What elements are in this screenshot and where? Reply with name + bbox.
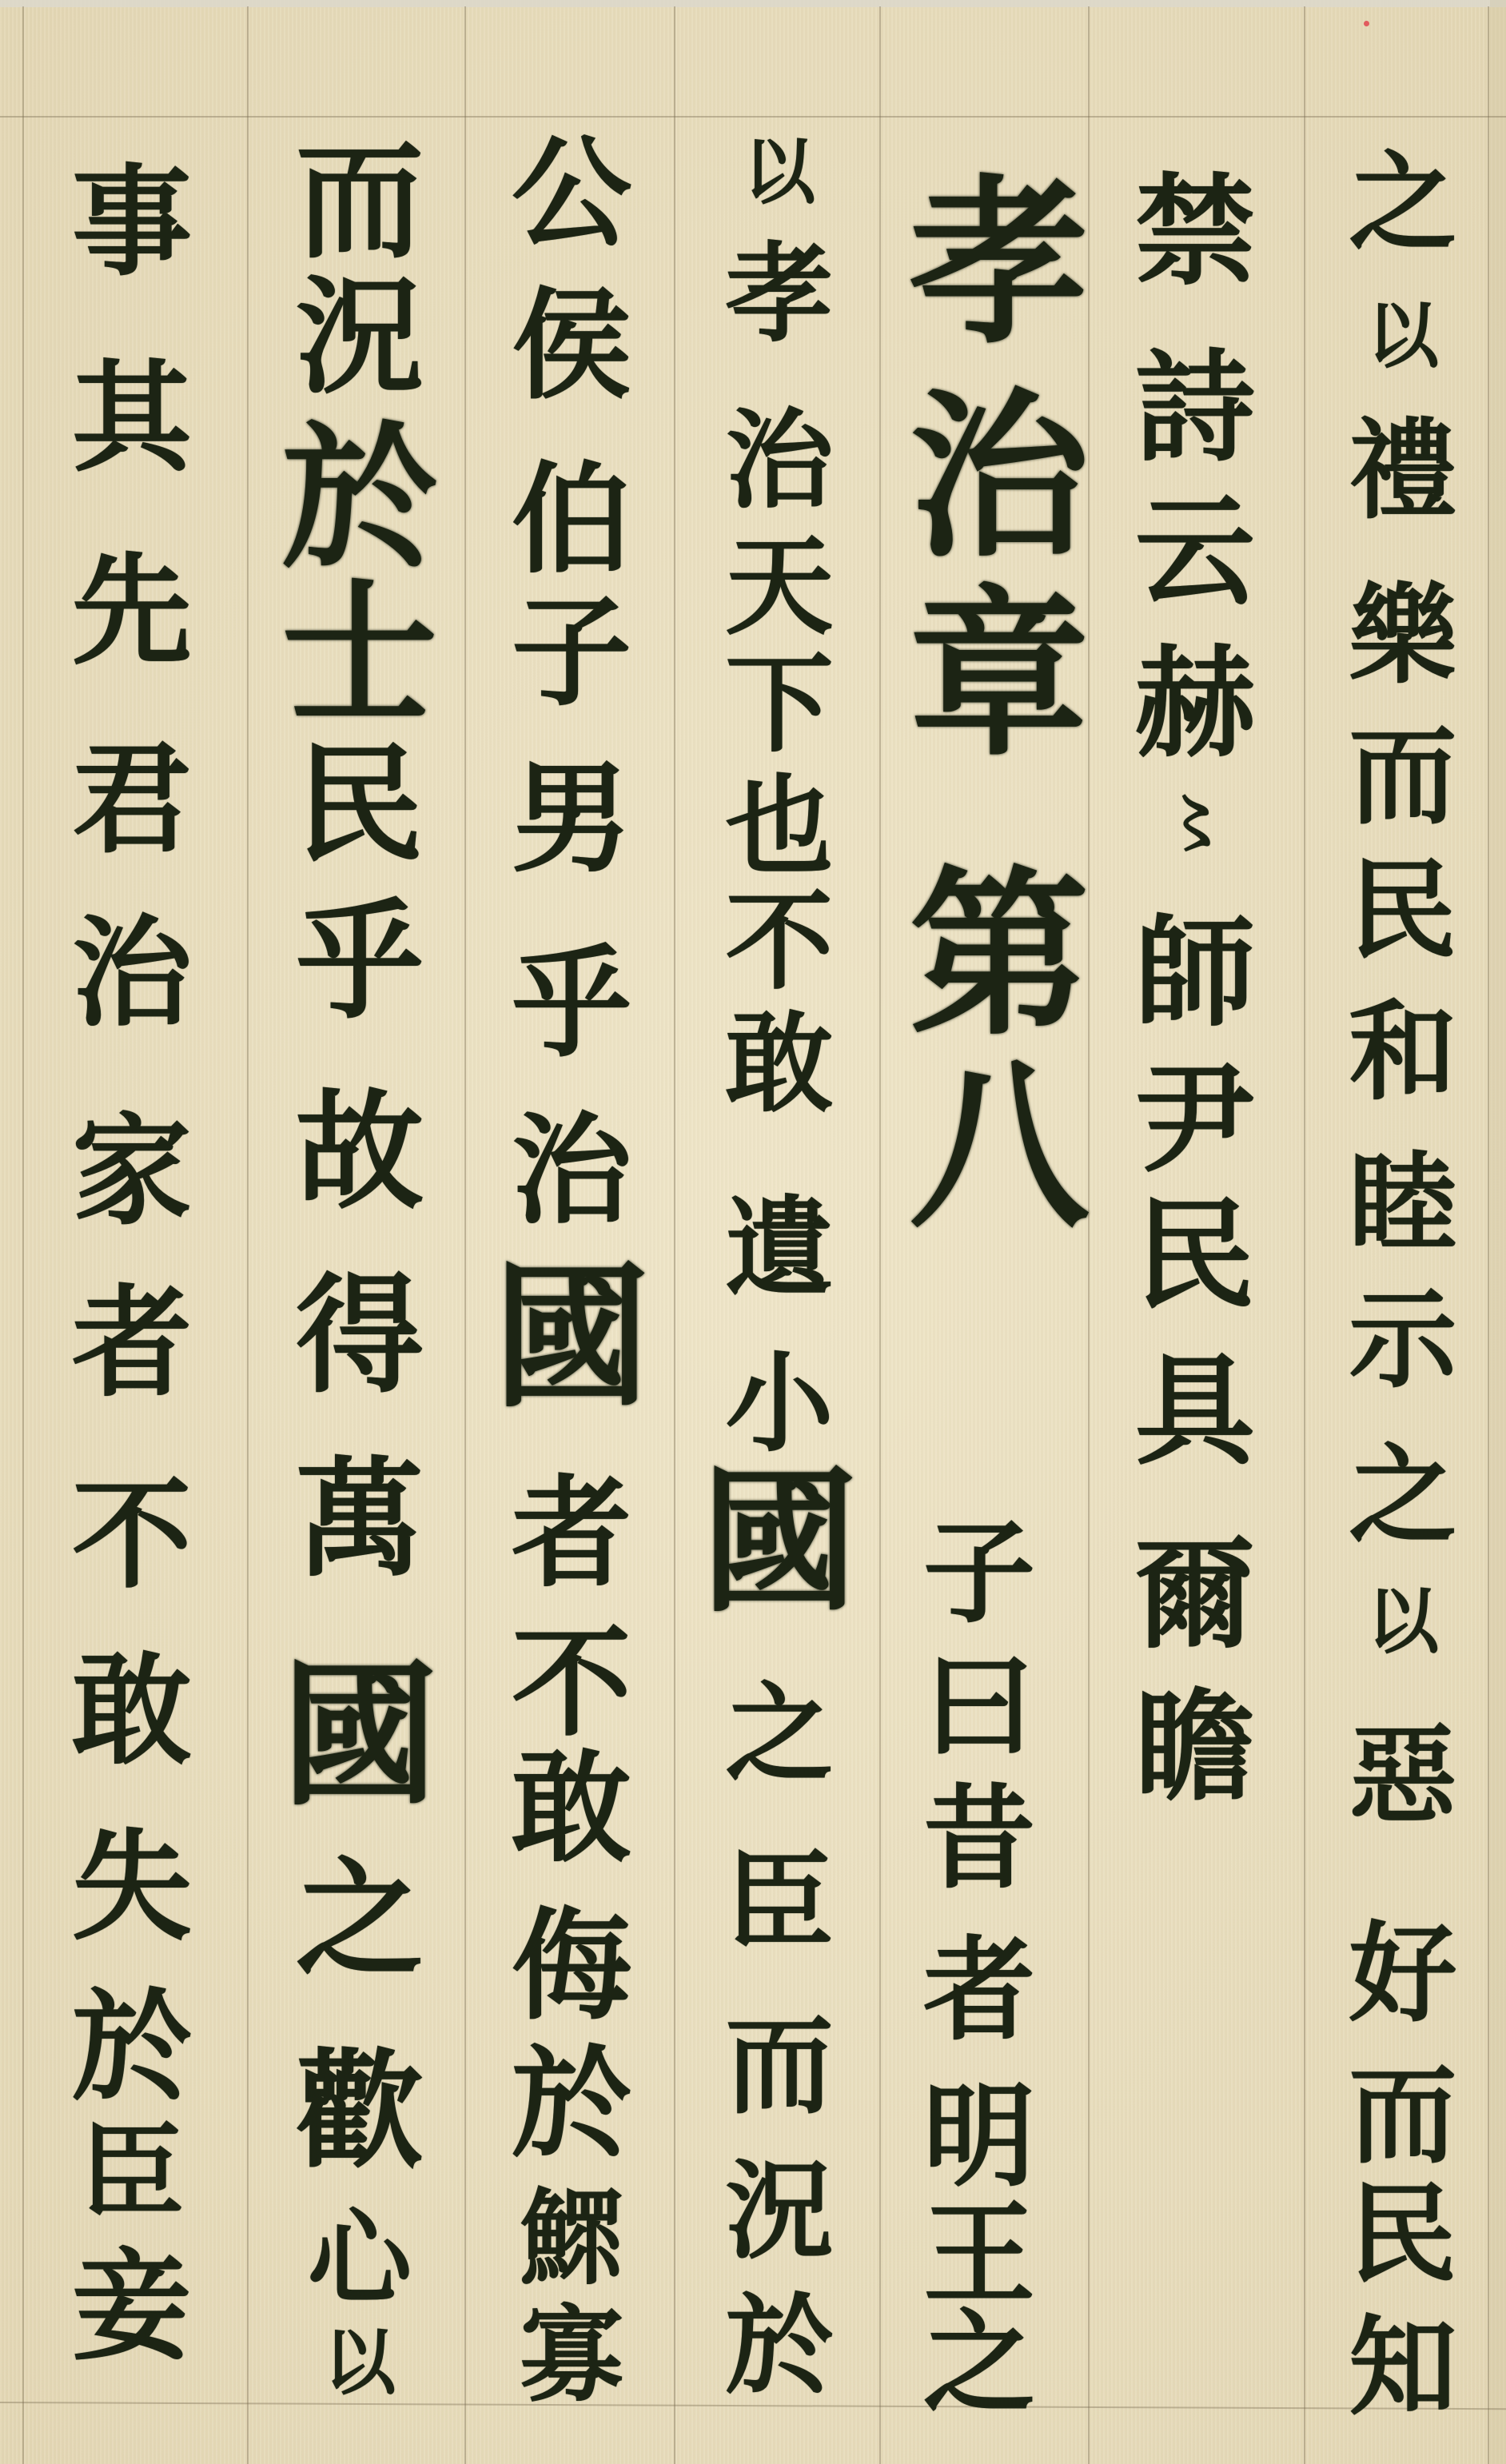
calligraphy-character: 事 (72, 162, 192, 282)
calligraphy-character: 國 (494, 1259, 650, 1415)
calligraphy-character: 國 (282, 1657, 438, 1813)
calligraphy-character: 君 (72, 740, 192, 859)
calligraphy-character: 瞻 (1135, 1687, 1255, 1807)
calligraphy-character: 禁 (1135, 172, 1255, 292)
calligraphy-character: 而 (296, 137, 424, 265)
heading-character: 第 (910, 866, 1090, 1046)
repetition-mark: 〻 (1163, 791, 1227, 855)
calligraphy-character: 曰 (923, 1651, 1035, 1763)
calligraphy-character: 示 (1349, 1286, 1457, 1393)
calligraphy-character: 禮 (1349, 417, 1457, 524)
calligraphy-character: 之 (923, 2307, 1035, 2419)
calligraphy-character: 鰥 (520, 2187, 624, 2291)
calligraphy-character: 心 (308, 2207, 412, 2310)
calligraphy-character: 國 (702, 1464, 858, 1620)
calligraphy-character: 以 (743, 136, 815, 208)
calligraphy-character: 而 (1349, 2061, 1457, 2169)
calligraphy-character: 敢 (726, 1010, 834, 1118)
calligraphy-character: 不 (726, 887, 834, 995)
calligraphy-character: 詩 (1135, 348, 1255, 468)
calligraphy-character: 者 (923, 1935, 1035, 2047)
calligraphy-character: 師 (1135, 913, 1255, 1033)
heading-character: 孝 (910, 174, 1090, 354)
calligraphy-character: 侮 (512, 1906, 631, 2026)
column-rule-line (1488, 6, 1489, 2464)
calligraphy-character: 天 (726, 532, 834, 640)
calligraphy-character: 知 (1349, 2313, 1457, 2421)
calligraphy-character: 治 (512, 1110, 631, 1230)
calligraphy-character: 赫 (1135, 644, 1255, 764)
calligraphy-character: 家 (72, 1111, 192, 1231)
seal-mark (1364, 21, 1369, 26)
calligraphy-character: 況 (726, 2157, 834, 2265)
calligraphy-character: 其 (72, 358, 192, 478)
heading-character: 章 (910, 586, 1090, 766)
column-rule-line (1304, 6, 1305, 2464)
column-rule-line (464, 6, 466, 2464)
calligraphy-character: 故 (296, 1087, 424, 1215)
calligraphy-character: 之 (296, 1855, 424, 1983)
calligraphy-character: 男 (512, 759, 631, 879)
calligraphy-character: 況 (296, 273, 424, 401)
calligraphy-character: 敢 (72, 1651, 192, 1771)
calligraphy-character: 子 (512, 592, 631, 712)
calligraphy-character: 公 (512, 134, 631, 253)
calligraphy-character: 明 (923, 2081, 1035, 2193)
calligraphy-character: 爾 (1135, 1535, 1255, 1655)
calligraphy-character: 小 (726, 1350, 834, 1457)
calligraphy-character: 以 (1367, 1585, 1439, 1657)
calligraphy-character: 民 (1135, 1195, 1255, 1315)
calligraphy-character: 伯 (512, 460, 631, 580)
calligraphy-character: 民 (1349, 856, 1457, 964)
calligraphy-character: 士 (282, 576, 438, 732)
calligraphy-character: 和 (1349, 998, 1457, 1106)
top-rule-line (0, 116, 1506, 118)
calligraphy-character: 先 (72, 551, 192, 671)
calligraphy-character: 臣 (726, 1848, 834, 1956)
calligraphy-character: 於 (282, 420, 438, 576)
calligraphy-character: 於 (726, 2291, 834, 2399)
calligraphy-character: 者 (72, 1283, 192, 1403)
calligraphy-character: 子 (923, 1517, 1035, 1629)
calligraphy-character: 孝 (726, 240, 834, 348)
calligraphy-character: 者 (512, 1473, 631, 1593)
column-rule-line (22, 6, 24, 2464)
calligraphy-character: 以 (1367, 300, 1439, 372)
scan-edge (0, 0, 1506, 7)
calligraphy-character: 以 (324, 2326, 396, 2398)
calligraphy-character: 民 (1349, 2180, 1457, 2288)
calligraphy-character: 之 (1349, 149, 1457, 257)
heading-character: 治 (910, 388, 1090, 568)
calligraphy-character: 之 (726, 1680, 834, 1788)
calligraphy-character: 治 (72, 913, 192, 1033)
calligraphy-character: 不 (72, 1475, 192, 1595)
calligraphy-character: 乎 (296, 897, 424, 1025)
calligraphy-character: 具 (1135, 1351, 1255, 1471)
calligraphy-character: 妾 (72, 2247, 192, 2366)
calligraphy-character: 於 (512, 2043, 631, 2163)
calligraphy-character: 得 (296, 1271, 424, 1399)
calligraphy-character: 臣 (80, 2120, 184, 2224)
calligraphy-character: 睦 (1349, 1150, 1457, 1258)
calligraphy-character: 不 (512, 1623, 631, 1743)
calligraphy-character: 樂 (1349, 581, 1457, 689)
calligraphy-character: 王 (923, 2199, 1035, 2310)
column-rule-line (674, 6, 675, 2464)
calligraphy-character: 敢 (512, 1748, 631, 1868)
heading-character: 八 (910, 1058, 1090, 1238)
calligraphy-character: 好 (1349, 1920, 1457, 2027)
calligraphy-character: 而 (1349, 722, 1457, 830)
calligraphy-character: 侯 (512, 285, 631, 405)
column-rule-line (879, 6, 881, 2464)
column-rule-line (247, 6, 249, 2464)
calligraphy-character: 治 (726, 406, 834, 514)
calligraphy-character: 民 (296, 740, 424, 868)
paper-sheet: 之 以 禮 樂 而 民 和 睦 示 之 以 惡 好 而 民 知 禁 詩 云 赫 … (0, 0, 1506, 2464)
calligraphy-character: 尹 (1135, 1059, 1255, 1179)
calligraphy-character: 失 (72, 1827, 192, 1947)
calligraphy-character: 惡 (1349, 1721, 1457, 1829)
calligraphy-character: 昔 (923, 1783, 1035, 1895)
calligraphy-character: 云 (1135, 492, 1255, 612)
calligraphy-character: 之 (1349, 1441, 1457, 1549)
calligraphy-character: 萬 (296, 1455, 424, 1583)
calligraphy-character: 下 (726, 650, 834, 758)
calligraphy-character: 寡 (520, 2303, 624, 2407)
calligraphy-character: 於 (72, 1987, 192, 2107)
calligraphy-character: 遺 (726, 1194, 834, 1302)
calligraphy-character: 歡 (296, 2047, 424, 2175)
calligraphy-character: 乎 (512, 943, 631, 1063)
calligraphy-character: 而 (726, 2011, 834, 2119)
paper-margin-strip (1490, 0, 1506, 2464)
calligraphy-character: 也 (726, 772, 834, 880)
